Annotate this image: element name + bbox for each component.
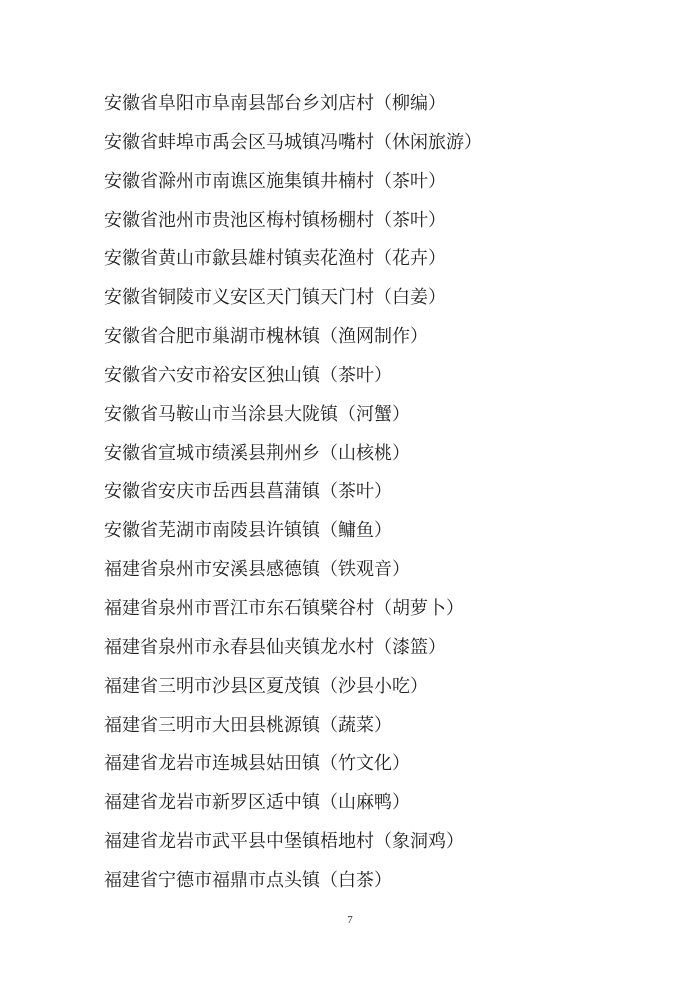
list-item: 福建省龙岩市新罗区适中镇（山麻鸭） — [104, 783, 670, 822]
list-item: 安徽省芜湖市南陵县许镇镇（鳙鱼） — [104, 511, 670, 550]
list-item: 福建省泉州市安溪县感德镇（铁观音） — [104, 550, 670, 589]
list-item: 安徽省马鞍山市当涂县大陇镇（河蟹） — [104, 395, 670, 434]
list-item: 安徽省六安市裕安区独山镇（茶叶） — [104, 356, 670, 395]
page-footer: 7 — [0, 910, 700, 930]
list-item: 福建省龙岩市武平县中堡镇梧地村（象洞鸡） — [104, 822, 670, 861]
list-item: 安徽省黄山市歙县雄村镇卖花渔村（花卉） — [104, 239, 670, 278]
list-item: 安徽省阜阳市阜南县郜台乡刘店村（柳编） — [104, 84, 670, 123]
list-item: 安徽省池州市贵池区梅村镇杨棚村（茶叶） — [104, 201, 670, 240]
list-item: 安徽省滁州市南谯区施集镇井楠村（茶叶） — [104, 162, 670, 201]
list-item: 安徽省安庆市岳西县菖蒲镇（茶叶） — [104, 472, 670, 511]
list-item: 安徽省合肥市巢湖市槐林镇（渔网制作） — [104, 317, 670, 356]
list-item: 福建省三明市大田县桃源镇（蔬菜） — [104, 706, 670, 745]
list-item: 福建省泉州市晋江市东石镇檗谷村（胡萝卜） — [104, 589, 670, 628]
list-item: 福建省宁德市福鼎市点头镇（白茶） — [104, 861, 670, 900]
list-item: 安徽省宣城市绩溪县荆州乡（山核桃） — [104, 434, 670, 473]
list-item: 福建省三明市沙县区夏茂镇（沙县小吃） — [104, 667, 670, 706]
list-item: 安徽省蚌埠市禹会区马城镇冯嘴村（休闲旅游） — [104, 123, 670, 162]
list-item: 福建省龙岩市连城县姑田镇（竹文化） — [104, 744, 670, 783]
list-item: 福建省泉州市永春县仙夹镇龙水村（漆篮） — [104, 628, 670, 667]
document-page: 安徽省阜阳市阜南县郜台乡刘店村（柳编）安徽省蚌埠市禹会区马城镇冯嘴村（休闲旅游）… — [0, 0, 700, 990]
village-list: 安徽省阜阳市阜南县郜台乡刘店村（柳编）安徽省蚌埠市禹会区马城镇冯嘴村（休闲旅游）… — [104, 84, 670, 900]
page-number: 7 — [347, 914, 353, 926]
list-item: 安徽省铜陵市义安区天门镇天门村（白姜） — [104, 278, 670, 317]
